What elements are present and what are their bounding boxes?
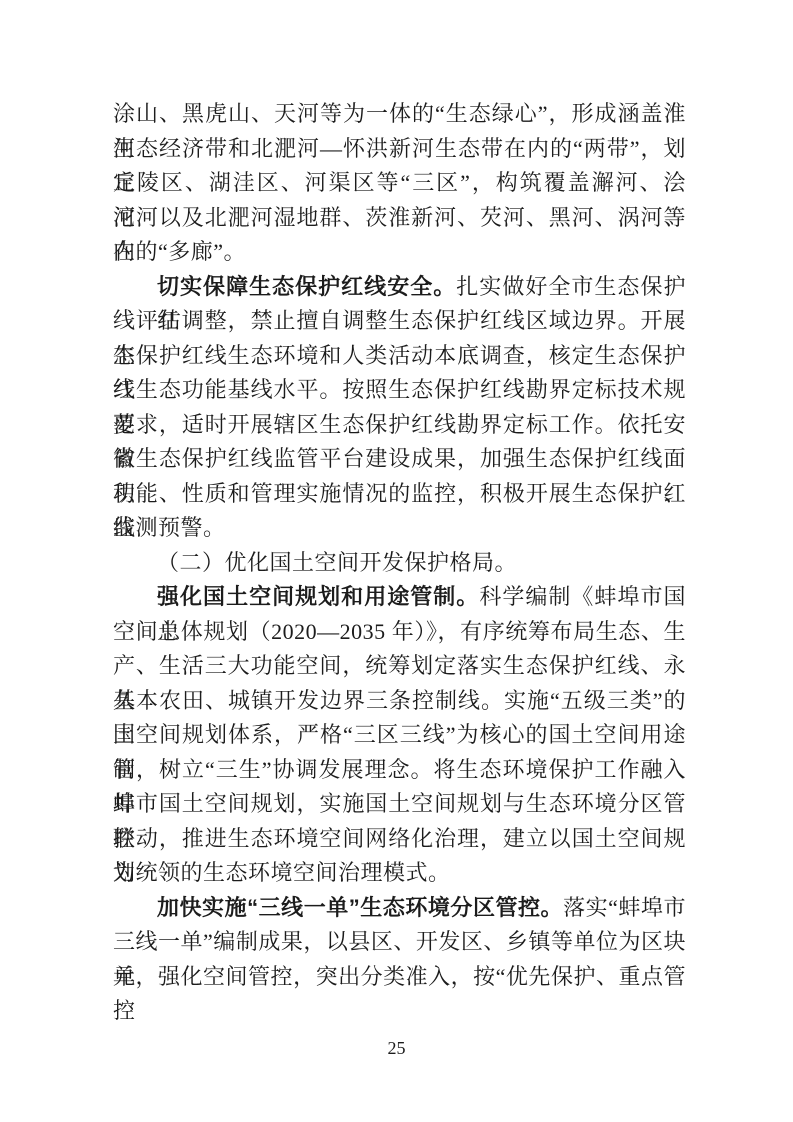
paragraph-text: 空间总体规划（2020—2035 年）》，有序统筹布局生态、生 — [113, 619, 686, 644]
paragraph-text: 为统领的生态环境空间治理模式。 — [113, 860, 451, 885]
text-line: 功能、性质和管理实施情况的监控，积极开展生态保护红线 — [113, 477, 686, 512]
text-line: 加快实施“三线一单”生态环境分区管控。落实“蚌埠市 — [113, 891, 686, 926]
text-line: 要求，适时开展辖区生态保护红线勘界定标工作。依托安徽 — [113, 408, 686, 443]
text-line: 空间总体规划（2020—2035 年）》，有序统筹布局生态、生 — [113, 615, 686, 650]
text-line: 沱河以及北淝河湿地群、茨淮新河、芡河、黑河、涡河等在 — [113, 201, 686, 236]
text-line: 为统领的生态环境空间治理模式。 — [113, 856, 686, 891]
paragraph-text: 元，强化空间管控，突出分类准入，按“优先保护、重点管控 — [113, 964, 686, 1024]
text-line: 内的“多廊”。 — [113, 235, 686, 270]
text-line: 土空间规划体系，严格“三区三线”为核心的国土空间用途管 — [113, 718, 686, 753]
text-line: （二）优化国土空间开发保护格局。 — [113, 546, 686, 581]
text-line: 监测预警。 — [113, 511, 686, 546]
document-body: 涂山、黑虎山、天河等为一体的“生态绿心”，形成涵盖淮河生态经济带和北淝河—怀洪新… — [113, 97, 686, 994]
text-line: 产、生活三大功能空间，统筹划定落实生态保护红线、永久 — [113, 649, 686, 684]
text-line: 生态经济带和北淝河—怀洪新河生态带在内的“两带”，划定 — [113, 132, 686, 167]
text-line: 元，强化空间管控，突出分类准入，按“优先保护、重点管控 — [113, 960, 686, 995]
text-line: 制，树立“三生”协调发展理念。将生态环境保护工作融入蚌 — [113, 753, 686, 788]
text-line: 三线一单”编制成果，以县区、开发区、乡镇等单位为区块单 — [113, 925, 686, 960]
text-line: 联动，推进生态环境空间网络化治理，建立以国土空间规划 — [113, 822, 686, 857]
text-line: 强化国土空间规划和用途管制。科学编制《蚌埠市国土 — [113, 580, 686, 615]
document-page: 涂山、黑虎山、天河等为一体的“生态绿心”，形成涵盖淮河生态经济带和北淝河—怀洪新… — [0, 0, 793, 1122]
text-line: 态保护红线生态环境和人类活动本底调查，核定生态保护红 — [113, 339, 686, 374]
paragraph-lead-bold: 切实保障生态保护红线安全。 — [157, 274, 456, 299]
text-line: 丘陵区、湖洼区、河渠区等“三区”，构筑覆盖澥河、浍河、 — [113, 166, 686, 201]
page-number: 25 — [0, 1036, 793, 1060]
text-line: 涂山、黑虎山、天河等为一体的“生态绿心”，形成涵盖淮河 — [113, 97, 686, 132]
text-line: 线生态功能基线水平。按照生态保护红线勘界定标技术规范 — [113, 373, 686, 408]
paragraph-text: 落实“蚌埠市 — [563, 895, 686, 920]
text-line: 省生态保护红线监管平台建设成果，加强生态保护红线面积、 — [113, 442, 686, 477]
text-line: 切实保障生态保护红线安全。扎实做好全市生态保护红 — [113, 270, 686, 305]
paragraph-text: 内的“多廊”。 — [113, 239, 246, 264]
paragraph-text: （二）优化国土空间开发保护格局。 — [157, 550, 517, 575]
text-line: 线评估调整，禁止擅自调整生态保护红线区域边界。开展生 — [113, 304, 686, 339]
text-line: 埠市国土空间规划，实施国土空间规划与生态环境分区管控 — [113, 787, 686, 822]
paragraph-lead-bold: 强化国土空间规划和用途管制。 — [157, 584, 479, 609]
paragraph-lead-bold: 加快实施“三线一单”生态环境分区管控。 — [157, 895, 563, 920]
paragraph-text: 监测预警。 — [113, 515, 226, 540]
text-line: 基本农田、城镇开发边界三条控制线。实施“五级三类”的国 — [113, 684, 686, 719]
